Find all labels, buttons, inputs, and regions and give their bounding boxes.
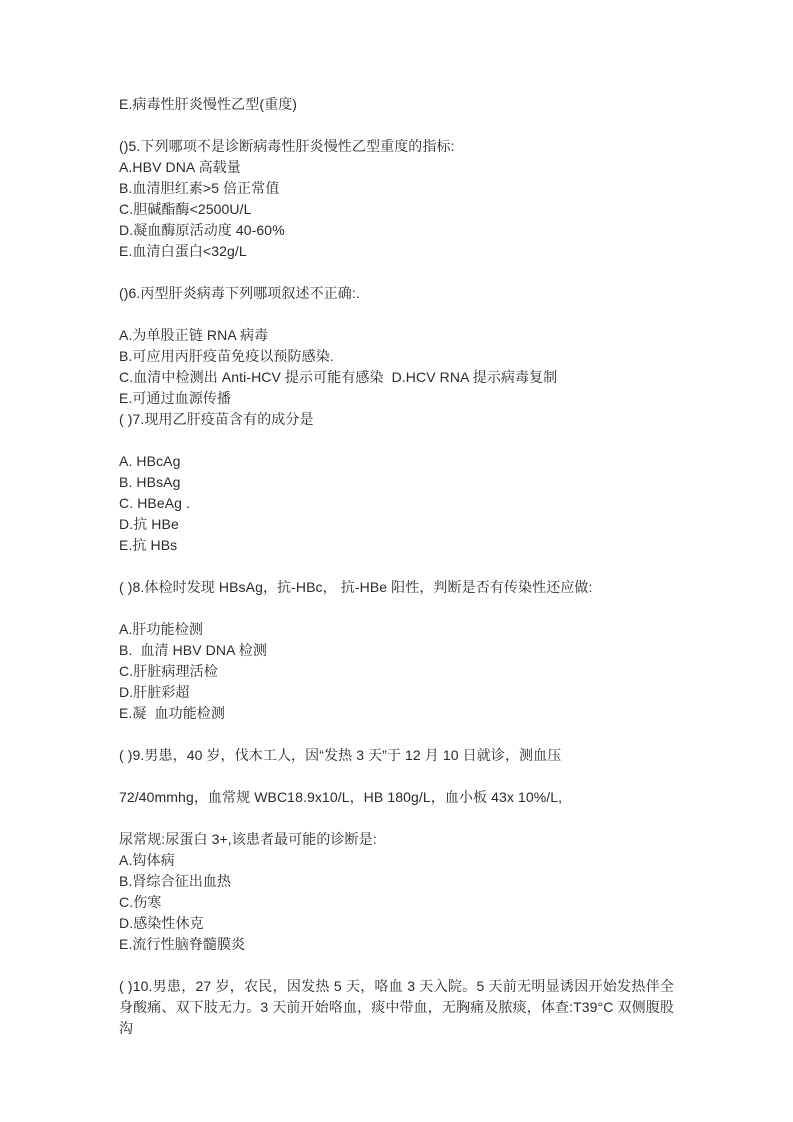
text-line: D.凝血酶原活动度 40-60%	[119, 220, 674, 241]
text-line: A.钩体病	[119, 850, 674, 871]
blank-line	[119, 724, 674, 745]
text-line: E.流行性脑脊髓膜炎	[119, 934, 674, 955]
blank-line	[119, 262, 674, 283]
blank-line	[119, 304, 674, 325]
blank-line	[119, 430, 674, 451]
text-line: B.可应用丙肝疫苗免疫以预防感染.	[119, 346, 674, 367]
document-page: E.病毒性肝炎慢性乙型(重度) ()5.下列哪项不是诊断病毒性肝炎慢性乙型重度的…	[0, 0, 793, 1122]
text-line: A.为单股正链 RNA 病毒	[119, 325, 674, 346]
text-line: E.病毒性肝炎慢性乙型(重度)	[119, 94, 674, 115]
text-line: D.肝脏彩超	[119, 682, 674, 703]
text-line: 尿常规:尿蛋白 3+,该患者最可能的诊断是:	[119, 829, 674, 850]
text-line: B.血清胆红素>5 倍正常值	[119, 178, 674, 199]
text-line: E.血清白蛋白<32g/L	[119, 241, 674, 262]
blank-line	[119, 766, 674, 787]
text-line: E.可通过血源传播	[119, 388, 674, 409]
text-line: A.HBV DNA 高载量	[119, 157, 674, 178]
text-line: ( )8.体检时发现 HBsAg，抗-HBc， 抗-HBe 阳性，判断是否有传染…	[119, 577, 674, 598]
text-line: ()5.下列哪项不是诊断病毒性肝炎慢性乙型重度的指标:	[119, 136, 674, 157]
blank-line	[119, 115, 674, 136]
text-line: D.抗 HBe	[119, 514, 674, 535]
text-line: C.血清中检测出 Anti-HCV 提示可能有感染 D.HCV RNA 提示病毒…	[119, 367, 674, 388]
text-line: ()6.丙型肝炎病毒下列哪项叙述不正确:.	[119, 283, 674, 304]
text-line: D.感染性休克	[119, 913, 674, 934]
text-line: C.伤寒	[119, 892, 674, 913]
text-line: B. 血清 HBV DNA 检测	[119, 640, 674, 661]
blank-line	[119, 556, 674, 577]
text-line: E.抗 HBs	[119, 535, 674, 556]
document-body: E.病毒性肝炎慢性乙型(重度) ()5.下列哪项不是诊断病毒性肝炎慢性乙型重度的…	[119, 94, 674, 1039]
text-line: B.肾综合征出血热	[119, 871, 674, 892]
text-line: ( )10.男患，27 岁，农民，因发热 5 天，咯血 3 天入院。5 天前无明…	[119, 976, 674, 1039]
text-line: 72/40mmhg，血常规 WBC18.9x10/L，HB 180g/L，血小板…	[119, 787, 674, 808]
text-line: ( )7.现用乙肝疫苗含有的成分是	[119, 409, 674, 430]
blank-line	[119, 955, 674, 976]
text-line: B. HBsAg	[119, 472, 674, 493]
blank-line	[119, 808, 674, 829]
text-line: C. HBeAg .	[119, 493, 674, 514]
text-line: A.肝功能检测	[119, 619, 674, 640]
text-line: C.胆碱酯酶<2500U/L	[119, 199, 674, 220]
blank-line	[119, 598, 674, 619]
text-line: A. HBcAg	[119, 451, 674, 472]
text-line: C.肝脏病理活检	[119, 661, 674, 682]
text-line: E.凝 血功能检测	[119, 703, 674, 724]
text-line: ( )9.男患，40 岁，伐木工人，因“发热 3 天”于 12 月 10 日就诊…	[119, 745, 674, 766]
